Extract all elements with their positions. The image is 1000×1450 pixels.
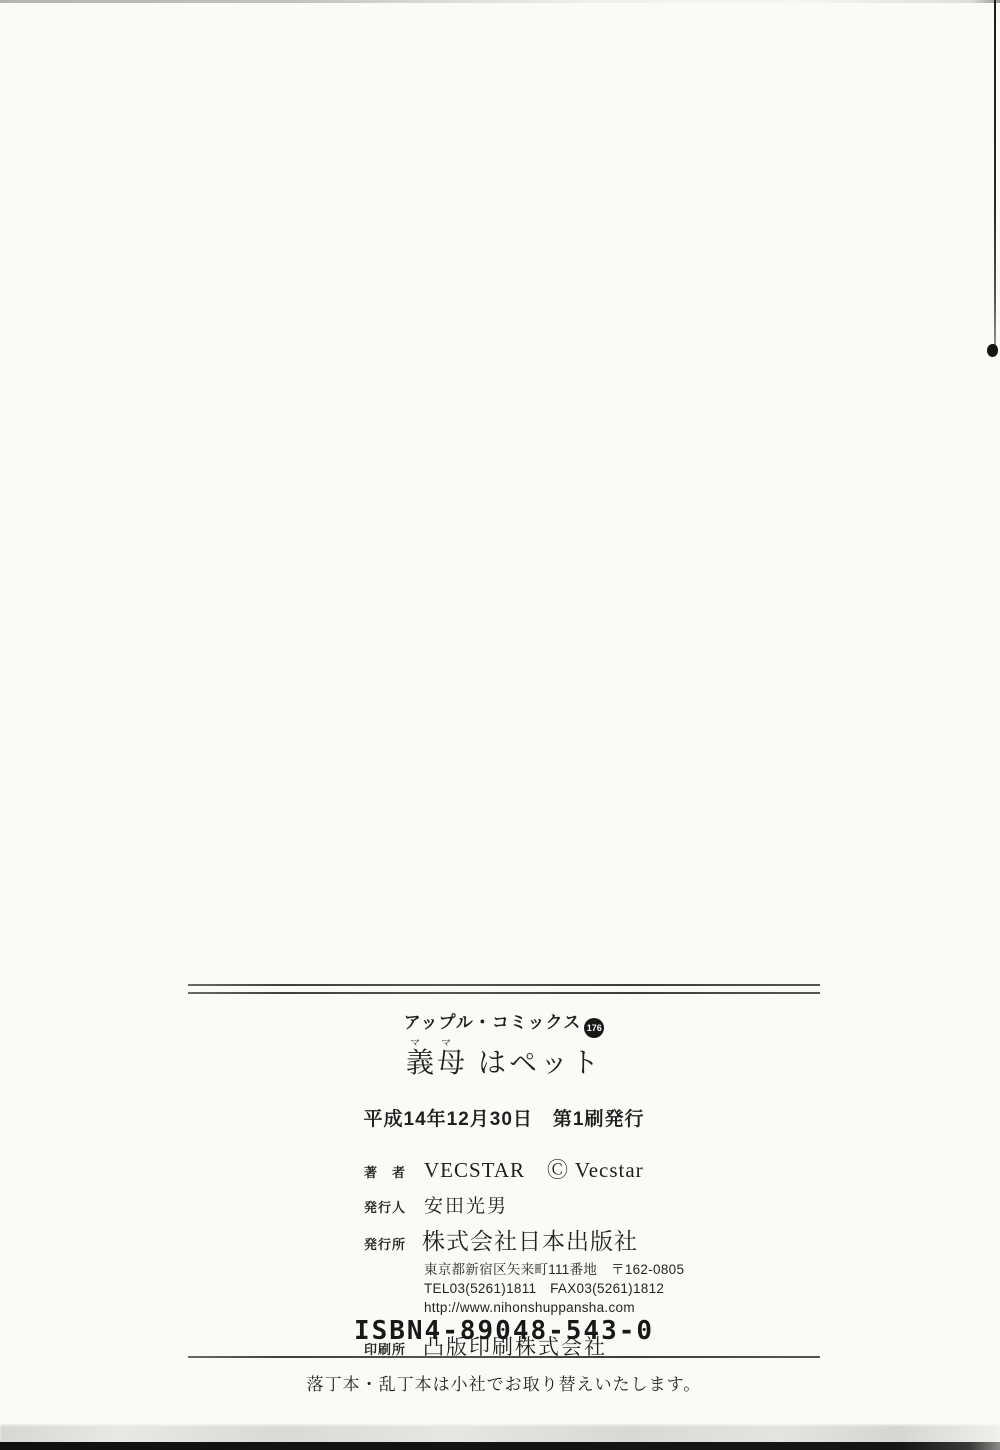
- info-row-author: 著 者VECSTAR Ⓒ Vecstar: [364, 1154, 804, 1184]
- series-number-badge: 176: [584, 1018, 604, 1038]
- publisher-address: 東京都新宿区矢来町111番地 〒162-0805: [424, 1260, 804, 1279]
- title-ruby-group: 義母ママ: [406, 1048, 478, 1079]
- title-rest: はペット: [478, 1048, 602, 1079]
- title-base: 義母: [406, 1048, 468, 1079]
- series-name: アップル・コミックス: [404, 1013, 582, 1032]
- scan-edge-bottom: [0, 1442, 1000, 1450]
- book-title: 義母ママ はペット: [186, 1038, 822, 1081]
- publisher-person-value: 安田光男: [424, 1196, 508, 1217]
- scan-smudge-right: [992, 356, 996, 776]
- series-line: アップル・コミックス176: [186, 1008, 822, 1038]
- publisher-company-value: 株式会社日本出版社: [422, 1228, 638, 1254]
- scanned-page: アップル・コミックス176 義母ママ はペット 平成14年12月30日 第1刷発…: [0, 0, 1000, 1450]
- author-label: 著 者: [364, 1162, 410, 1181]
- replacement-notice: 落丁本・乱丁本は小社でお取り替えいたします。: [186, 1370, 822, 1395]
- single-rule: [188, 1356, 820, 1358]
- title-furigana: ママ: [406, 1038, 468, 1049]
- publisher-company-label: 発行所: [364, 1234, 410, 1253]
- scan-edge-top: [0, 0, 1000, 3]
- scan-shadow-bottom: [0, 1425, 1000, 1443]
- author-value: VECSTAR Ⓒ Vecstar: [424, 1158, 644, 1182]
- isbn-text: ISBN4-89048-543-0: [186, 1316, 822, 1346]
- scan-edge-right: [994, 0, 996, 352]
- edition-line: 平成14年12月30日 第1刷発行: [186, 1104, 822, 1131]
- double-rule-top: [188, 984, 820, 986]
- publisher-details: 東京都新宿区矢来町111番地 〒162-0805 TEL03(5261)1811…: [424, 1260, 804, 1317]
- double-rule-bottom: [188, 992, 820, 994]
- publisher-tel-fax: TEL03(5261)1811 FAX03(5261)1812: [424, 1279, 804, 1298]
- publisher-person-label: 発行人: [364, 1197, 410, 1216]
- info-row-publisher-person: 発行人安田光男: [364, 1191, 804, 1218]
- info-row-publisher-company: 発行所株式会社日本出版社: [364, 1223, 804, 1256]
- publisher-url: http://www.nihonshuppansha.com: [424, 1298, 804, 1317]
